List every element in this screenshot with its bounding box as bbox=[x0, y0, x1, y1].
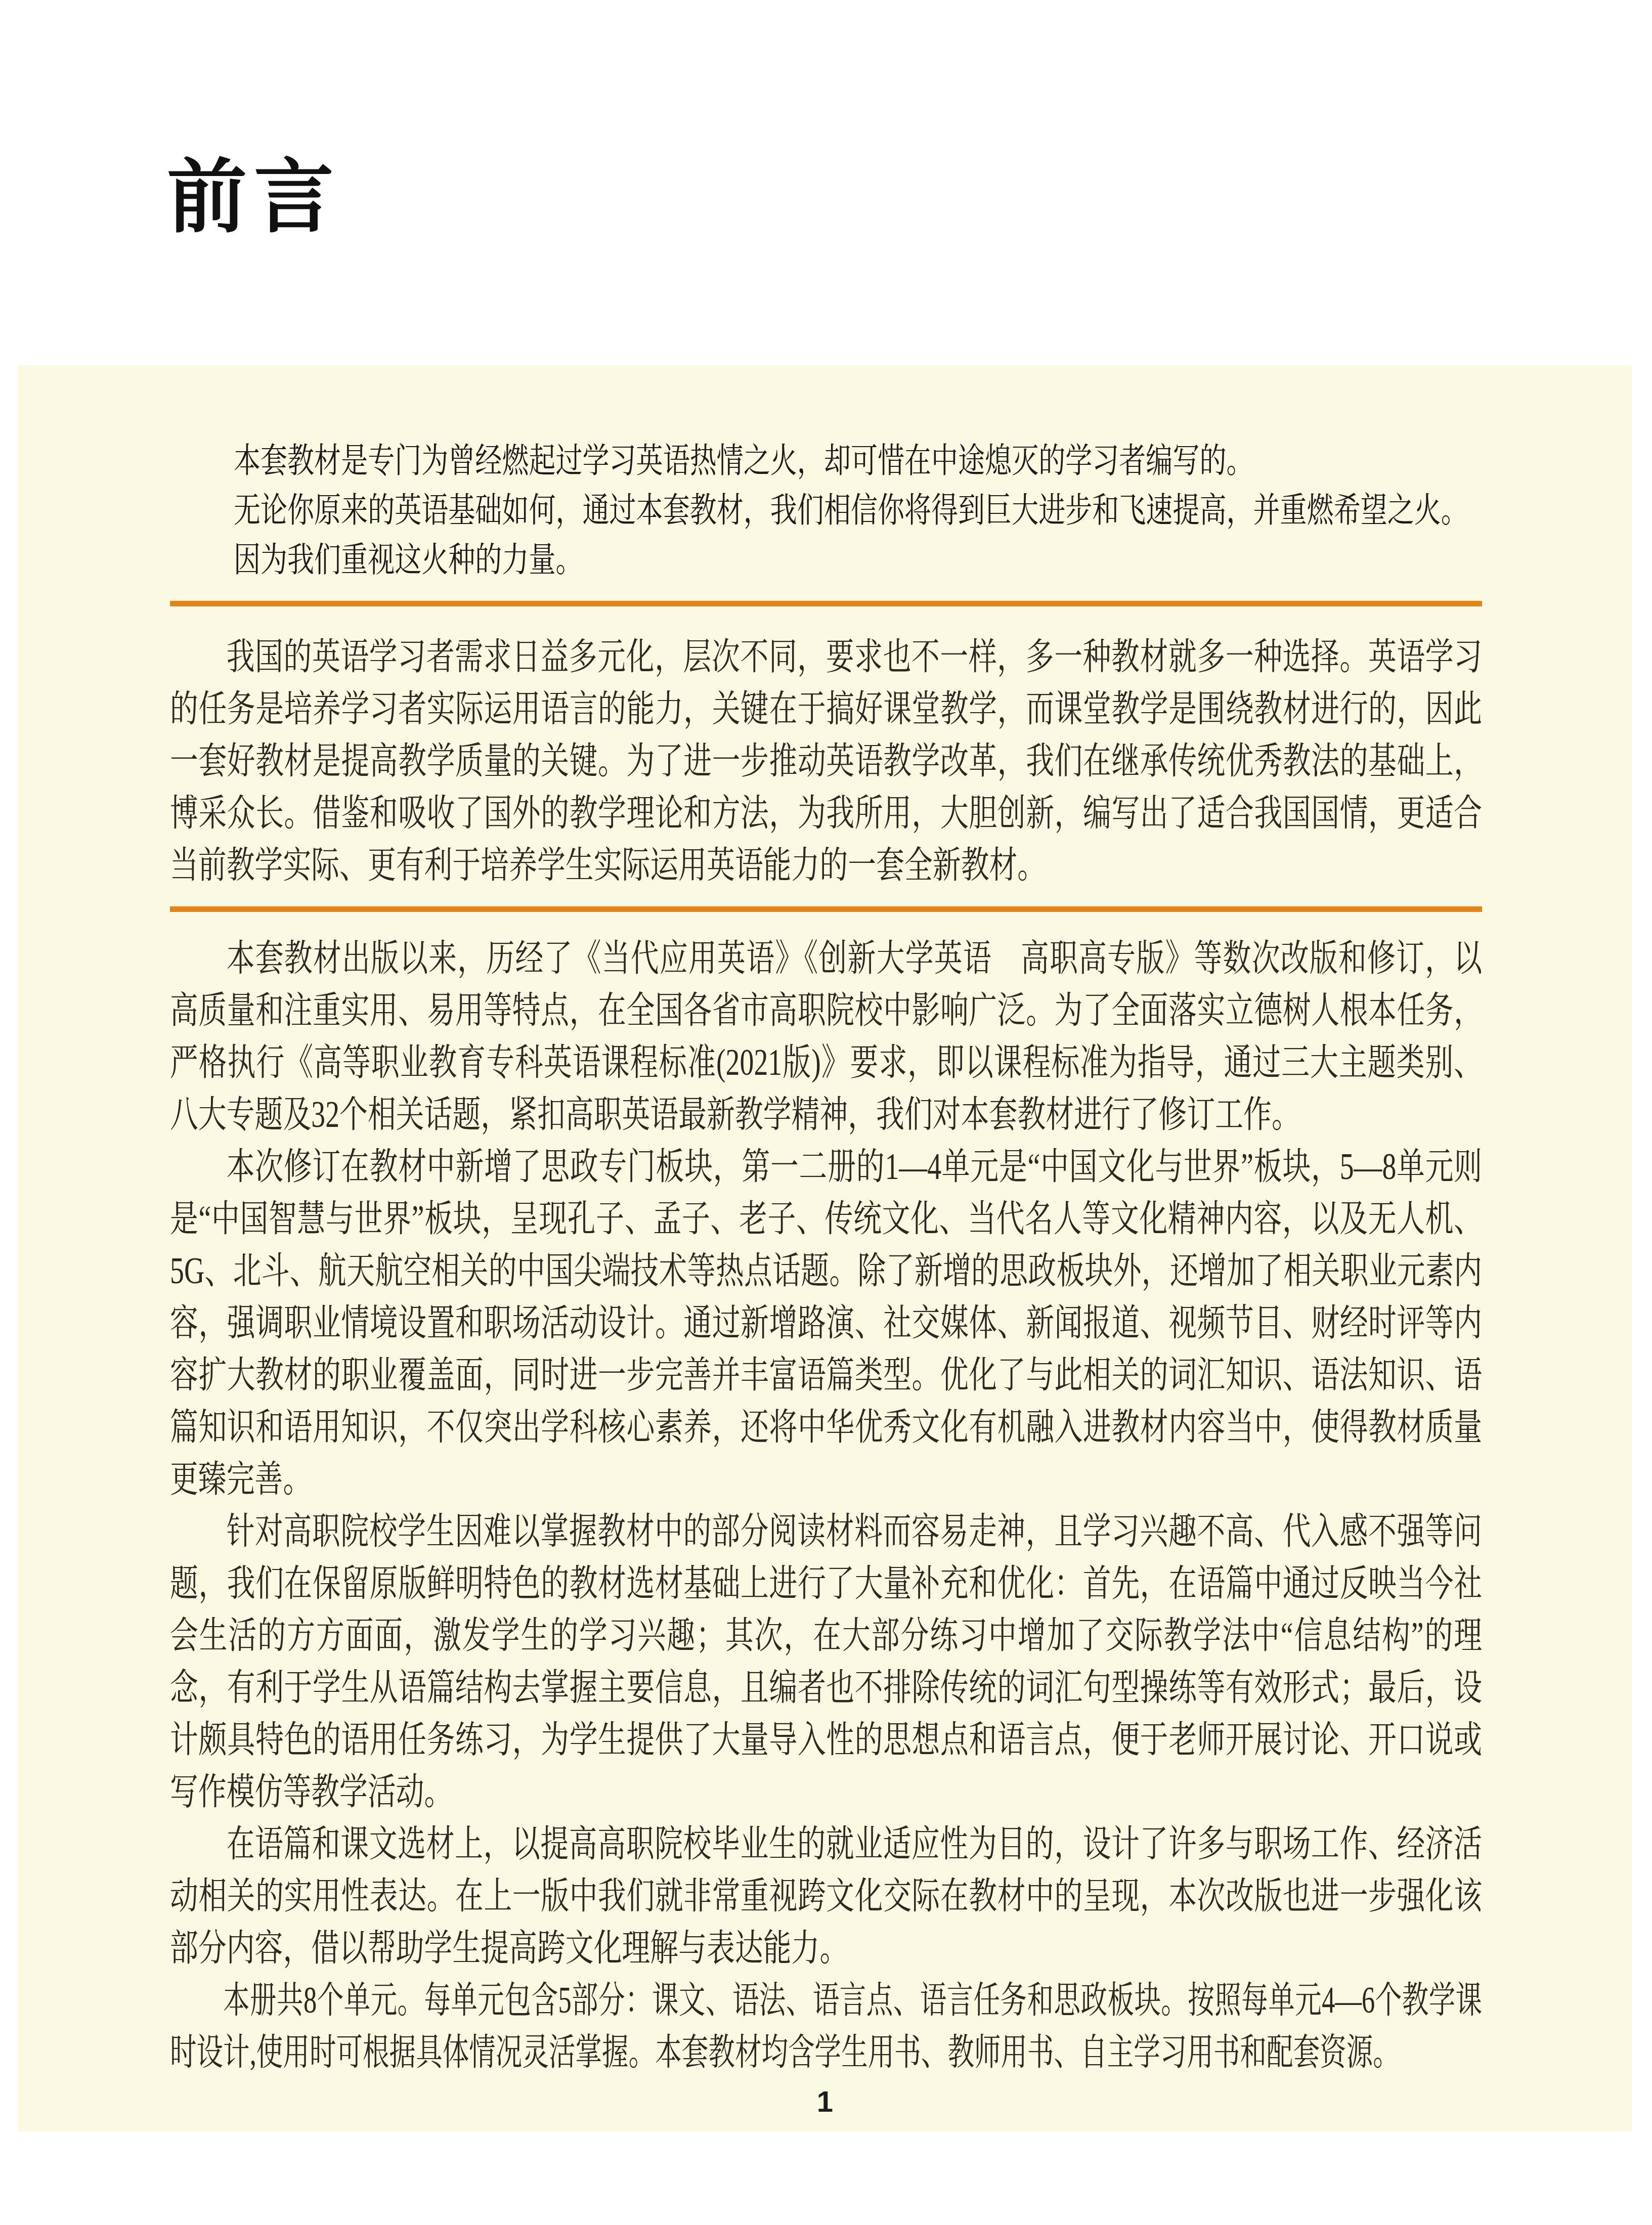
intro-line-1: 本套教材是专门为曾经燃起过学习英语热情之火，却可惜在中途熄灭的学习者编写的。 bbox=[234, 436, 1482, 486]
preface-page: 前言 本套教材是专门为曾经燃起过学习英语热情之火，却可惜在中途熄灭的学习者编写的… bbox=[0, 0, 1652, 2225]
paragraph-revision-ideology: 本次修订在教材中新增了思政专门板块，第一二册的1—4单元是“中国文化与世界”板块… bbox=[170, 1141, 1482, 1505]
intro-block: 本套教材是专门为曾经燃起过学习英语热情之火，却可惜在中途熄灭的学习者编写的。 无… bbox=[234, 436, 1482, 585]
section-divider-top bbox=[170, 601, 1482, 606]
paragraph-history: 本套教材出版以来，历经了《当代应用英语》《创新大学英语 高职高专版》等数次改版和… bbox=[170, 932, 1482, 1141]
page-number: 1 bbox=[817, 2086, 833, 2118]
intro-line-3: 因为我们重视这火种的力量。 bbox=[234, 535, 1482, 585]
content-panel: 本套教材是专门为曾经燃起过学习英语热情之火，却可惜在中途熄灭的学习者编写的。 无… bbox=[18, 365, 1632, 2131]
page-title: 前言 bbox=[167, 152, 341, 243]
paragraph-structure: 本册共8个单元。每单元包含5部分：课文、语法、语言点、语言任务和思政板块。按照每… bbox=[170, 1974, 1482, 2078]
paragraph-overview: 我国的英语学习者需求日益多元化，层次不同，要求也不一样，多一种教材就多一种选择。… bbox=[170, 631, 1482, 891]
paragraph-optimization: 针对高职院校学生因难以掌握教材中的部分阅读材料而容易走神，且学习兴趣不高、代入感… bbox=[170, 1505, 1482, 1818]
section-divider-bottom bbox=[170, 906, 1482, 912]
paragraph-selection: 在语篇和课文选材上，以提高高职院校毕业生的就业适应性为目的，设计了许多与职场工作… bbox=[170, 1818, 1482, 1974]
intro-line-2: 无论你原来的英语基础如何，通过本套教材，我们相信你将得到巨大进步和飞速提高，并重… bbox=[234, 486, 1482, 535]
